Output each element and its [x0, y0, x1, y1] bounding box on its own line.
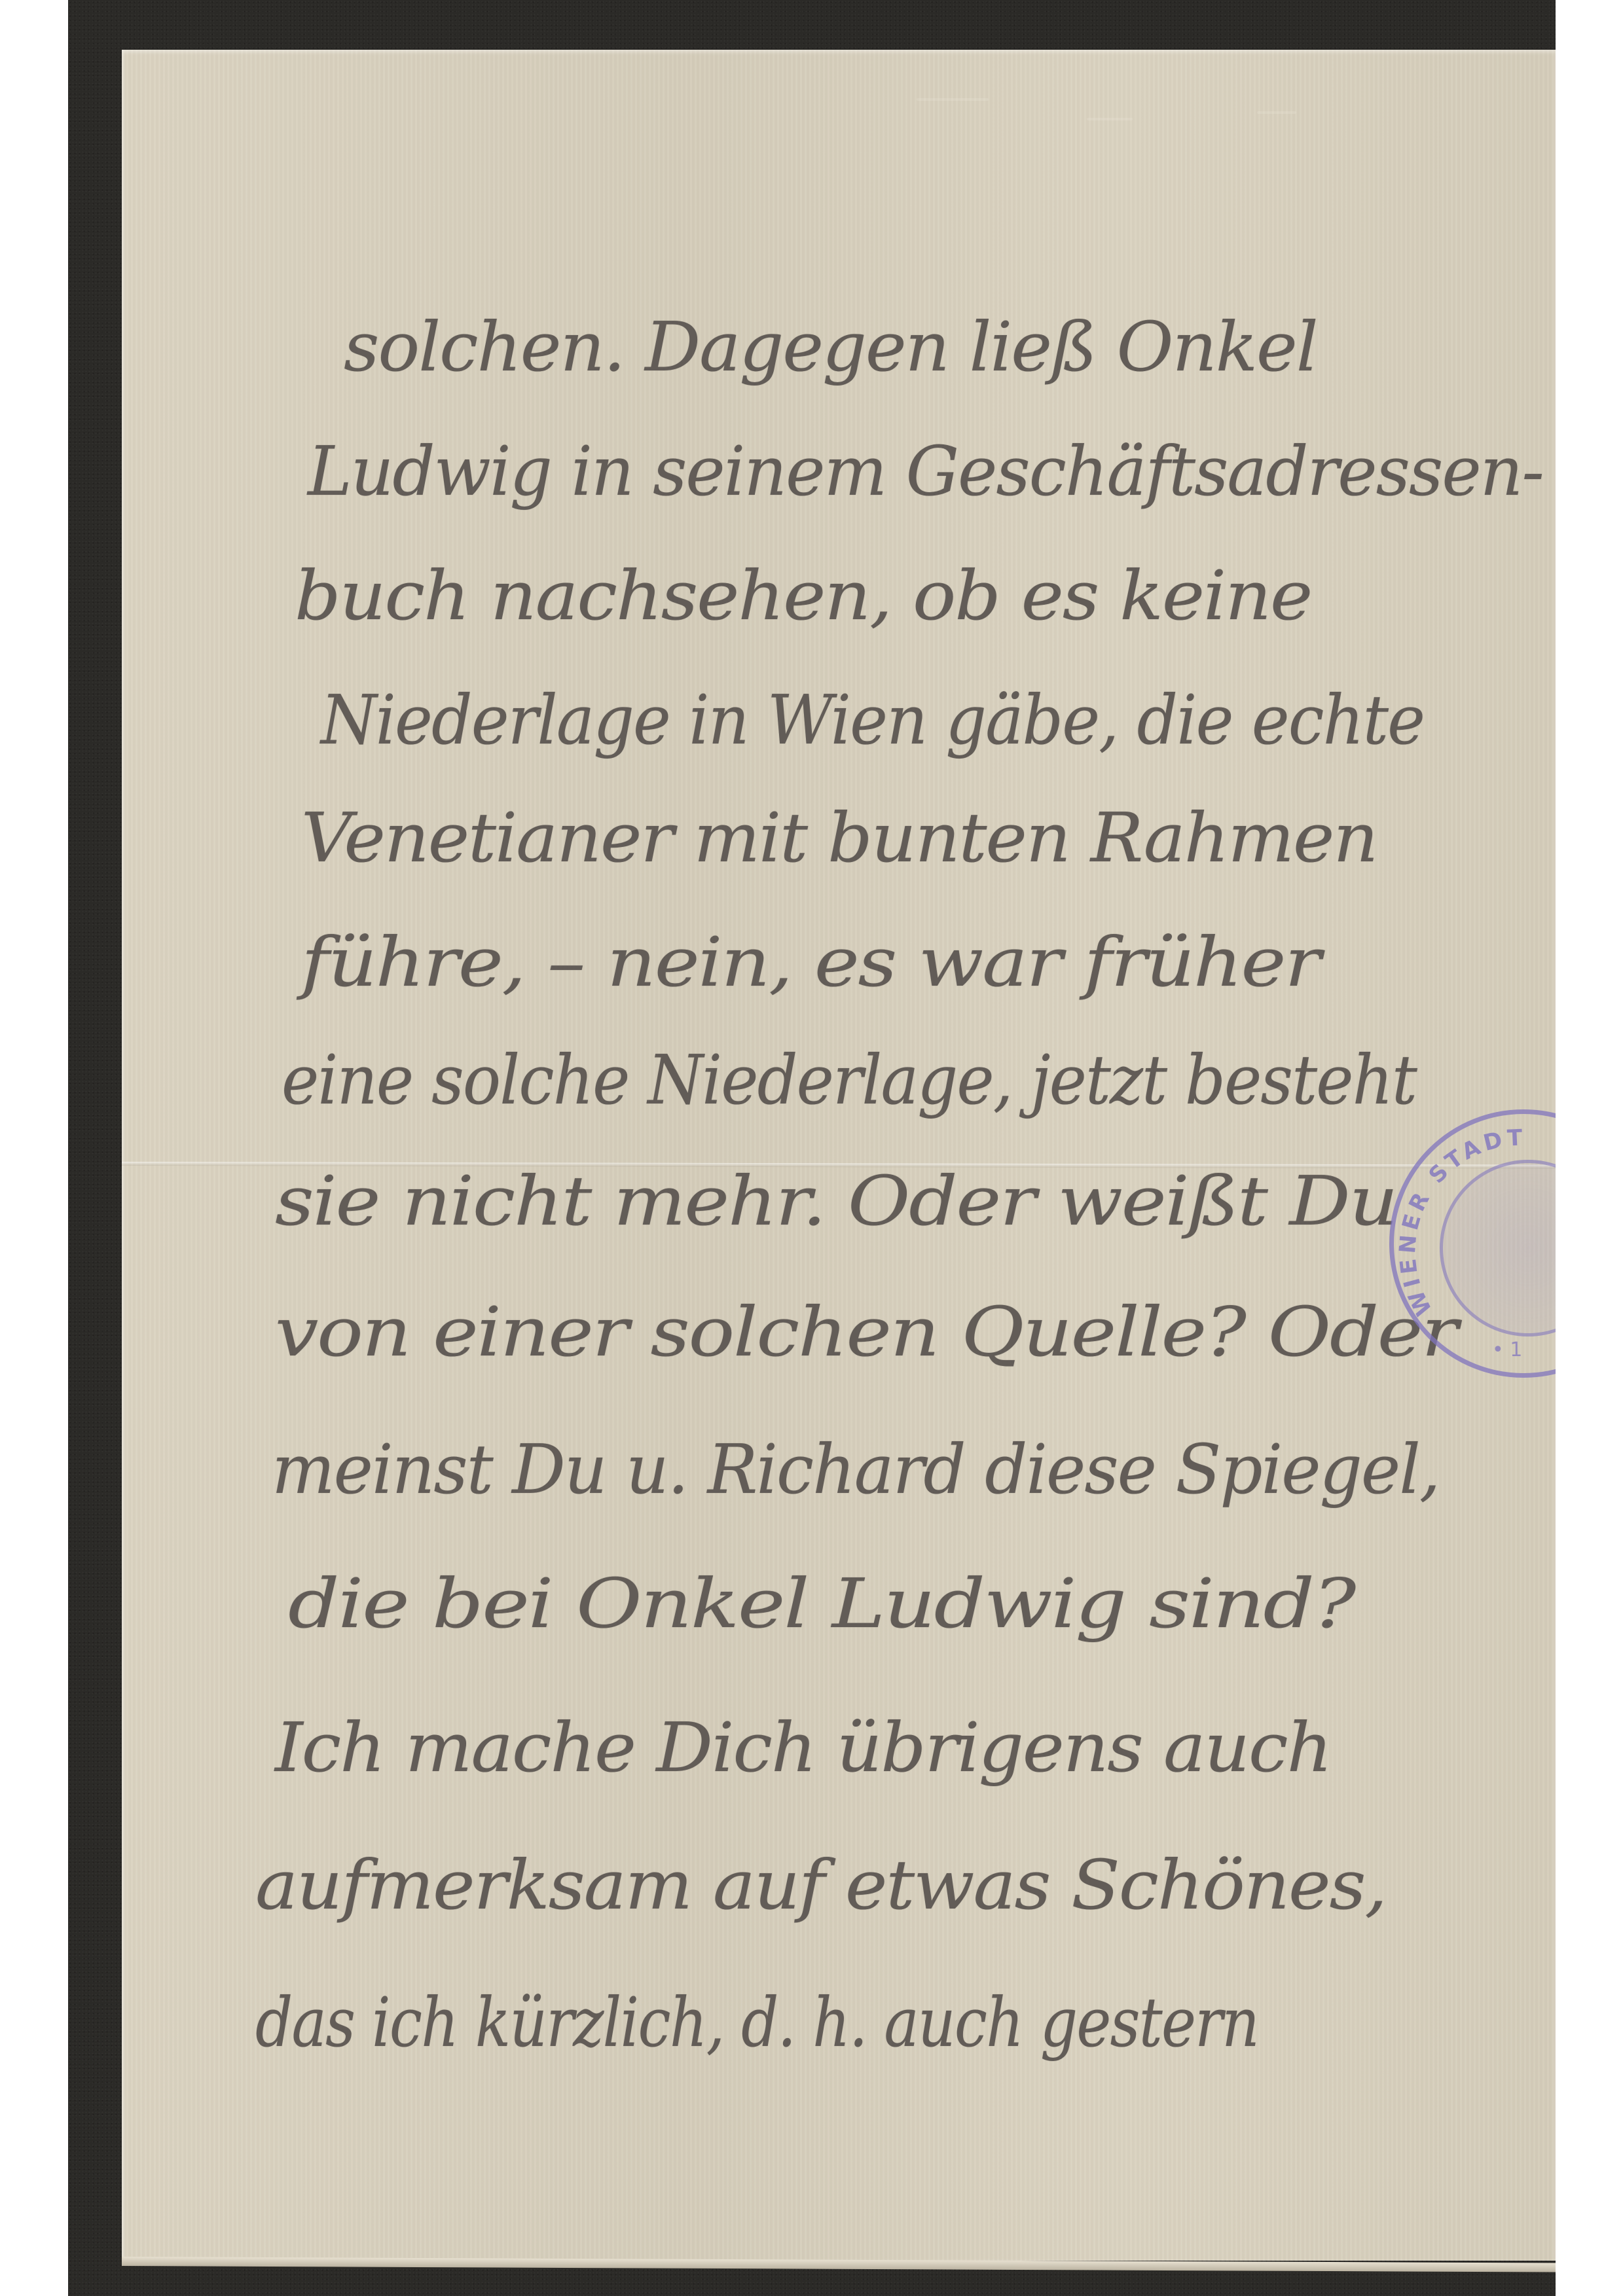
show-through-marks — [890, 85, 1349, 144]
letter-line-8: sie nicht mehr. Oder weißt Du — [275, 1167, 1396, 1235]
letter-line-12: Ich mache Dich übrigens auch — [275, 1713, 1331, 1782]
right-margin — [1556, 0, 1623, 2296]
svg-text:WIENER STADT: WIENER STADT — [1395, 1124, 1527, 1319]
letter-line-3: buch nachsehen, ob es keine — [295, 562, 1311, 630]
letter-line-4: Niederlage in Wien gäbe, die echte — [321, 686, 1424, 754]
letter-line-5: Venetianer mit bunten Rahmen — [301, 804, 1377, 872]
svg-text:• 1: • 1 — [1492, 1338, 1522, 1361]
letter-line-13: aufmerksam auf etwas Schönes, — [255, 1851, 1386, 1919]
letter-line-6: führe, – nein, es war früher — [301, 928, 1320, 996]
letter-line-9: von einer solchen Quelle? Oder — [275, 1298, 1457, 1366]
letter-line-1: solchen. Dagegen ließ Onkel — [344, 313, 1317, 381]
letter-line-14: das ich kürzlich, d. h. auch gestern — [255, 1988, 1258, 2056]
letter-line-2: Ludwig in seinem Geschäftsadressen- — [308, 437, 1543, 505]
letter-line-7: eine solche Niederlage, jetzt besteht — [282, 1046, 1416, 1114]
letter-line-10: meinst Du u. Richard diese Spiegel, — [272, 1435, 1439, 1503]
letter-line-11: die bei Onkel Ludwig sind? — [288, 1570, 1355, 1638]
